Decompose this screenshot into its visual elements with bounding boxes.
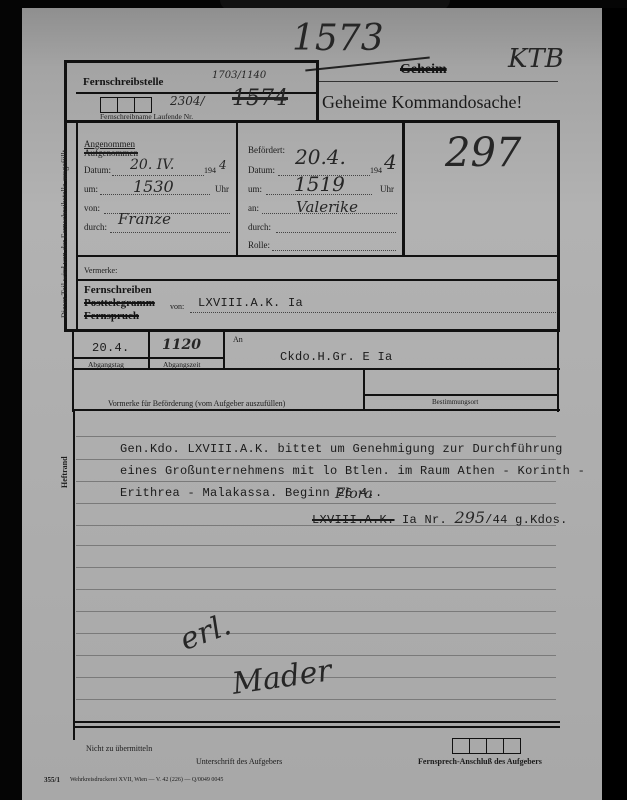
destination-divider: [363, 368, 365, 410]
side-note-vertical: Dieser Teil wird von der Fernschreibstel…: [60, 150, 69, 318]
footer-rule-2: [74, 726, 560, 728]
station-label: Fernschreibstelle: [83, 76, 163, 88]
frame-bottom: [64, 329, 560, 332]
reference-unit-struck: LXVIII.A.K.: [312, 513, 395, 527]
ruled-line: [76, 503, 556, 504]
forwarded-time-label: um:: [248, 184, 262, 194]
from-unit-value: LXVIII.A.K. Ia: [198, 296, 303, 310]
from-line: [190, 312, 556, 313]
received-by-line: [110, 232, 230, 233]
forwarded-time-unit: Uhr: [380, 184, 394, 194]
ruled-line: [76, 545, 556, 546]
received-year-suffix: 4: [219, 158, 227, 172]
dispatch-right: [557, 332, 559, 412]
sender-signature-label: Unterschrift des Aufgebers: [196, 757, 282, 766]
from-label: von:: [170, 302, 184, 311]
received-time-label: um:: [84, 184, 98, 194]
dispatch-time-label: Abgangszeit: [163, 360, 201, 369]
dispatch-left: [72, 332, 74, 412]
forwarding-notes-label: Vormerke für Beförderung (vom Aufgeber a…: [108, 399, 285, 408]
sender-phone-boxes: [452, 738, 521, 754]
footer-rule-1: [74, 721, 560, 723]
dispatch-row-rule: [72, 368, 560, 370]
received-from-label: von:: [84, 203, 100, 213]
reference-text-1: Ia Nr.: [395, 513, 455, 527]
body-line-1: Gen.Kdo. LXVIII.A.K. bittet um Genehmigu…: [120, 442, 563, 456]
dispatch-day-value: 20.4.: [92, 341, 130, 355]
dispatch-day-label: Abgangstag: [88, 360, 124, 369]
frame-top: [64, 60, 318, 63]
forwarded-to-label: an:: [248, 203, 259, 213]
reference-number: 295: [455, 508, 486, 527]
ktb-mark: KTB: [508, 44, 564, 74]
ruled-line: [76, 633, 556, 634]
forwarded-date-value: 20.4.: [295, 145, 346, 169]
forwarded-time-value: 1519: [294, 172, 345, 196]
received-date-value: 20. IV.: [130, 157, 174, 173]
forwarded-heading: Befördert:: [248, 145, 285, 155]
message-type-phone-struck: Fernspruch: [84, 310, 139, 322]
classification-label: Geheime Kommandosache!: [322, 92, 522, 113]
forwarded-date-label: Datum:: [248, 165, 275, 175]
ruled-line: [76, 481, 556, 482]
received-time-unit: Uhr: [215, 184, 229, 194]
row-divider-vermerke: [76, 255, 560, 257]
received-time-value: 1530: [133, 177, 174, 196]
forwarded-to-value: Valerike: [296, 198, 358, 216]
heftrand-line: [73, 410, 75, 740]
inner-left: [76, 122, 78, 332]
station-value: 1703/1140: [212, 70, 266, 81]
forwarded-role-line: [272, 250, 396, 251]
running-number-struck: 1574: [232, 86, 288, 111]
running-number-label: Fernschreibname Laufende Nr.: [100, 112, 193, 121]
forwarded-year-suffix: 4: [384, 150, 397, 174]
scan-border: [602, 8, 627, 800]
ruled-line: [76, 699, 556, 700]
received-by-value: Franze: [118, 210, 171, 228]
reference-text-2: /44 g.Kdos.: [485, 513, 568, 527]
destination-label: Bestimmungsort: [432, 398, 478, 406]
classification-struck: Geheim: [400, 62, 447, 78]
row-divider-type: [76, 279, 560, 281]
print-info: Wehrkreisdruckerei XVII, Wien — V. 42 (2…: [70, 777, 223, 783]
forwarded-by-label: durch:: [248, 222, 271, 232]
col-divider-1: [236, 122, 238, 257]
forwarded-year-prefix: 194: [370, 166, 382, 175]
message-type-telex: Fernschreiben: [84, 284, 152, 296]
dispatch-time-value: 1120: [162, 337, 201, 353]
reference-line: LXVIII.A.K. Ia Nr. 295/44 g.Kdos.: [312, 508, 568, 528]
heftrand-label: Heftrand: [60, 456, 69, 488]
dispatch-sub-rule: [72, 357, 224, 359]
addressee-value: Ckdo.H.Gr. E Ia: [280, 350, 393, 364]
register-number: 1573: [292, 18, 384, 59]
codename-handwritten: Flora: [335, 486, 373, 502]
ruled-line: [76, 436, 556, 437]
ruled-line: [76, 459, 556, 460]
ruled-line: [76, 567, 556, 568]
ruled-line: [76, 611, 556, 612]
received-year-prefix: 194: [204, 166, 216, 175]
col-divider-2: [402, 122, 405, 257]
classification-rule: [318, 81, 558, 82]
received-date-label: Datum:: [84, 165, 111, 175]
message-type-telegram-struck: Posttelegramm: [84, 297, 155, 309]
forwarded-by-line: [276, 232, 396, 233]
forwarded-role-label: Rolle:: [248, 240, 270, 250]
station-code-boxes: [100, 97, 152, 113]
body-line-2: eines Großunternehmens mit lo Btlen. im …: [120, 464, 585, 478]
sheet-number: 297: [445, 130, 521, 176]
ruled-line: [76, 589, 556, 590]
sender-phone-label: Fernsprech-Anschluß des Aufgebers: [418, 757, 542, 766]
form-number: 355/1: [44, 776, 60, 784]
frame-right: [557, 120, 560, 332]
addressee-label: An: [233, 335, 243, 344]
dispatch-bottom: [72, 409, 560, 411]
dispatch-div-1: [148, 332, 150, 370]
received-by-label: durch:: [84, 222, 107, 232]
frame-inner-v: [316, 60, 319, 122]
remarks-label: Vermerke:: [84, 266, 117, 275]
destination-rule: [363, 394, 559, 396]
dispatch-div-2: [223, 332, 225, 370]
received-date-line: [112, 175, 204, 176]
not-to-transmit-label: Nicht zu übermitteln: [86, 744, 152, 753]
running-number: 2304/: [170, 94, 205, 108]
